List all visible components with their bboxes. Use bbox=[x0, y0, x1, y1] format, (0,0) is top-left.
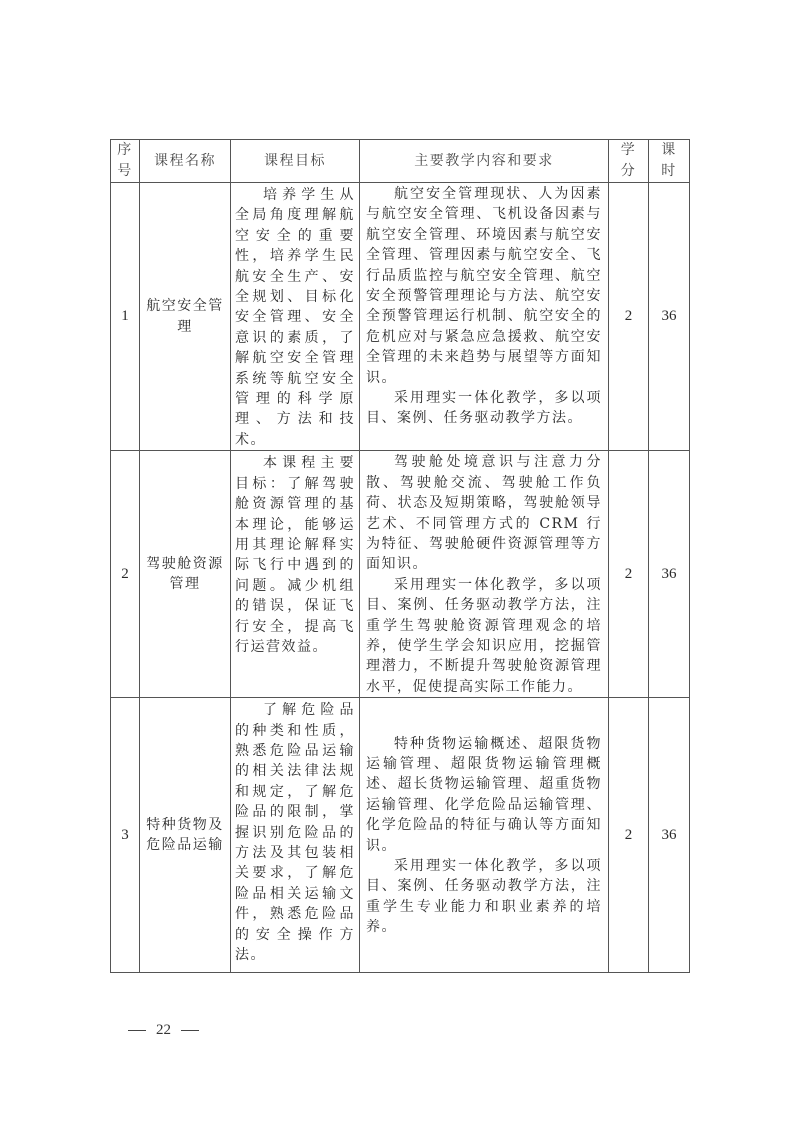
course-credit: 2 bbox=[609, 698, 649, 973]
table-header-row: 序 号 课程名称 课程目标 主要教学内容和要求 学 分 课 时 bbox=[111, 140, 690, 183]
table-row: 3 特种货物及危险品运输 了解危险品的种类和性质，熟悉危险品运输的相关法律法规和… bbox=[111, 698, 690, 973]
dash-right-decoration bbox=[181, 1030, 199, 1031]
course-content: 驾驶舱处境意识与注意力分散、驾驶舱交流、驾驶舱工作负荷、状态及短期策略，驾驶舱领… bbox=[360, 451, 609, 698]
header-main-content: 主要教学内容和要求 bbox=[360, 140, 609, 183]
course-name: 航空安全管理 bbox=[140, 183, 231, 451]
course-name: 特种货物及危险品运输 bbox=[140, 698, 231, 973]
course-content: 航空安全管理现状、人为因素与航空安全管理、飞机设备因素与航空安全管理、环境因素与… bbox=[360, 183, 609, 451]
document-page: 序 号 课程名称 课程目标 主要教学内容和要求 学 分 课 时 1 航空安全管理 bbox=[0, 0, 793, 1122]
page-number: 22 bbox=[128, 1022, 199, 1039]
course-table: 序 号 课程名称 课程目标 主要教学内容和要求 学 分 课 时 1 航空安全管理 bbox=[110, 139, 690, 973]
course-hours: 36 bbox=[649, 698, 690, 973]
header-hours: 课 时 bbox=[649, 140, 690, 183]
row-number: 2 bbox=[111, 451, 140, 698]
table-row: 1 航空安全管理 培养学生从全局角度理解航空安全的重要性，培养学生民航安全生产、… bbox=[111, 183, 690, 451]
row-number: 3 bbox=[111, 698, 140, 973]
header-no: 序 号 bbox=[111, 140, 140, 183]
header-course-goal: 课程目标 bbox=[231, 140, 360, 183]
header-course-name: 课程名称 bbox=[140, 140, 231, 183]
course-content: 特种货物运输概述、超限货物运输管理、超限货物运输管理概述、超长货物运输管理、超重… bbox=[360, 698, 609, 973]
course-goal: 培养学生从全局角度理解航空安全的重要性，培养学生民航安全生产、安全规划、目标化安… bbox=[231, 183, 360, 451]
course-hours: 36 bbox=[649, 451, 690, 698]
course-hours: 36 bbox=[649, 183, 690, 451]
course-name: 驾驶舱资源管理 bbox=[140, 451, 231, 698]
row-number: 1 bbox=[111, 183, 140, 451]
page-number-text: 22 bbox=[156, 1022, 171, 1039]
course-credit: 2 bbox=[609, 183, 649, 451]
table-row: 2 驾驶舱资源管理 本课程主要目标：了解驾驶舱资源管理的基本理论，能够运用其理论… bbox=[111, 451, 690, 698]
course-goal: 了解危险品的种类和性质，熟悉危险品运输的相关法律法规和规定，了解危险品的限制，掌… bbox=[231, 698, 360, 973]
course-credit: 2 bbox=[609, 451, 649, 698]
dash-left-decoration bbox=[128, 1030, 146, 1031]
course-goal: 本课程主要目标：了解驾驶舱资源管理的基本理论，能够运用其理论解释实际飞行中遇到的… bbox=[231, 451, 360, 698]
header-credit: 学 分 bbox=[609, 140, 649, 183]
